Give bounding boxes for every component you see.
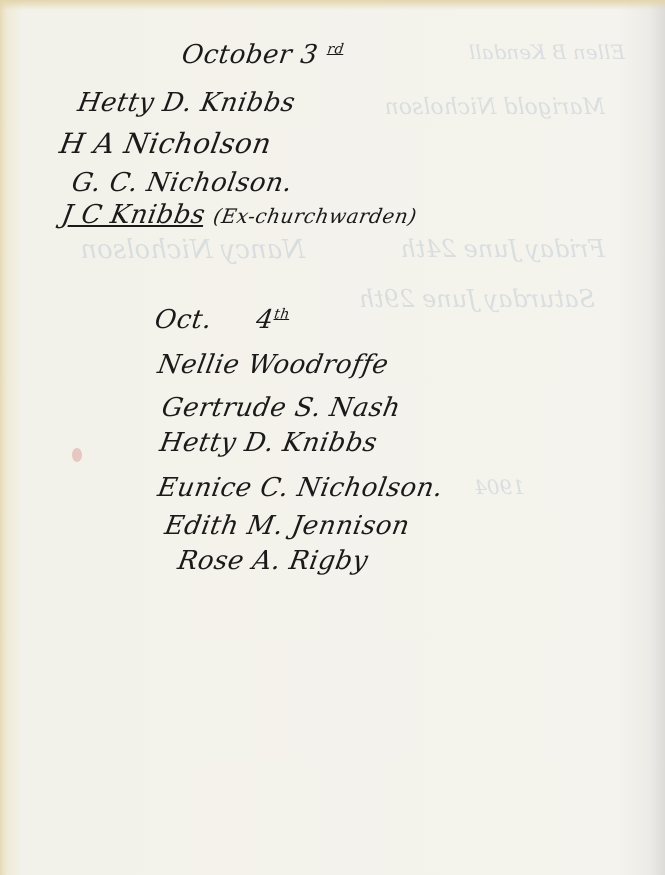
signature-with-note: J C Knibbs (Ex-churchwarden) xyxy=(59,200,419,230)
bleed-line: 1904 xyxy=(474,475,525,499)
signature-note: (Ex-churchwarden) xyxy=(211,204,418,228)
date-heading-october-3: October 3 rd xyxy=(180,40,345,70)
signature: Edith M. Jennison xyxy=(162,511,412,541)
ink-stain xyxy=(72,448,82,462)
signature: Nellie Woodroffe xyxy=(155,350,391,380)
bleed-line: Nancy Nicholson xyxy=(80,235,305,265)
day-suffix: th xyxy=(273,306,291,322)
bleed-line: Ellen B Kendall xyxy=(469,40,625,64)
signature: J C Knibbs xyxy=(59,200,207,230)
date-suffix: rd xyxy=(326,41,345,57)
signature: H A Nicholson xyxy=(57,127,274,160)
signature: G. C. Nicholson. xyxy=(69,168,295,198)
date-heading-oct-4: Oct. 4th xyxy=(153,305,291,335)
bleed-line: Saturday June 29th xyxy=(359,285,595,313)
bleed-line: Marigold Nicholson xyxy=(385,95,605,120)
signature: Hetty D. Knibbs xyxy=(157,428,379,458)
date-text: October 3 xyxy=(180,40,320,70)
date-text: Oct. xyxy=(153,305,214,335)
document-page: Ellen B Kendall Marigold Nicholson Nancy… xyxy=(0,0,665,875)
bleed-line: Friday June 24th xyxy=(400,235,605,263)
signature: Eunice C. Nicholson. xyxy=(155,473,445,503)
signature: Rose A. Rigby xyxy=(175,546,370,576)
signature: Gertrude S. Nash xyxy=(159,393,403,423)
signature: Hetty D. Knibbs xyxy=(75,88,297,118)
